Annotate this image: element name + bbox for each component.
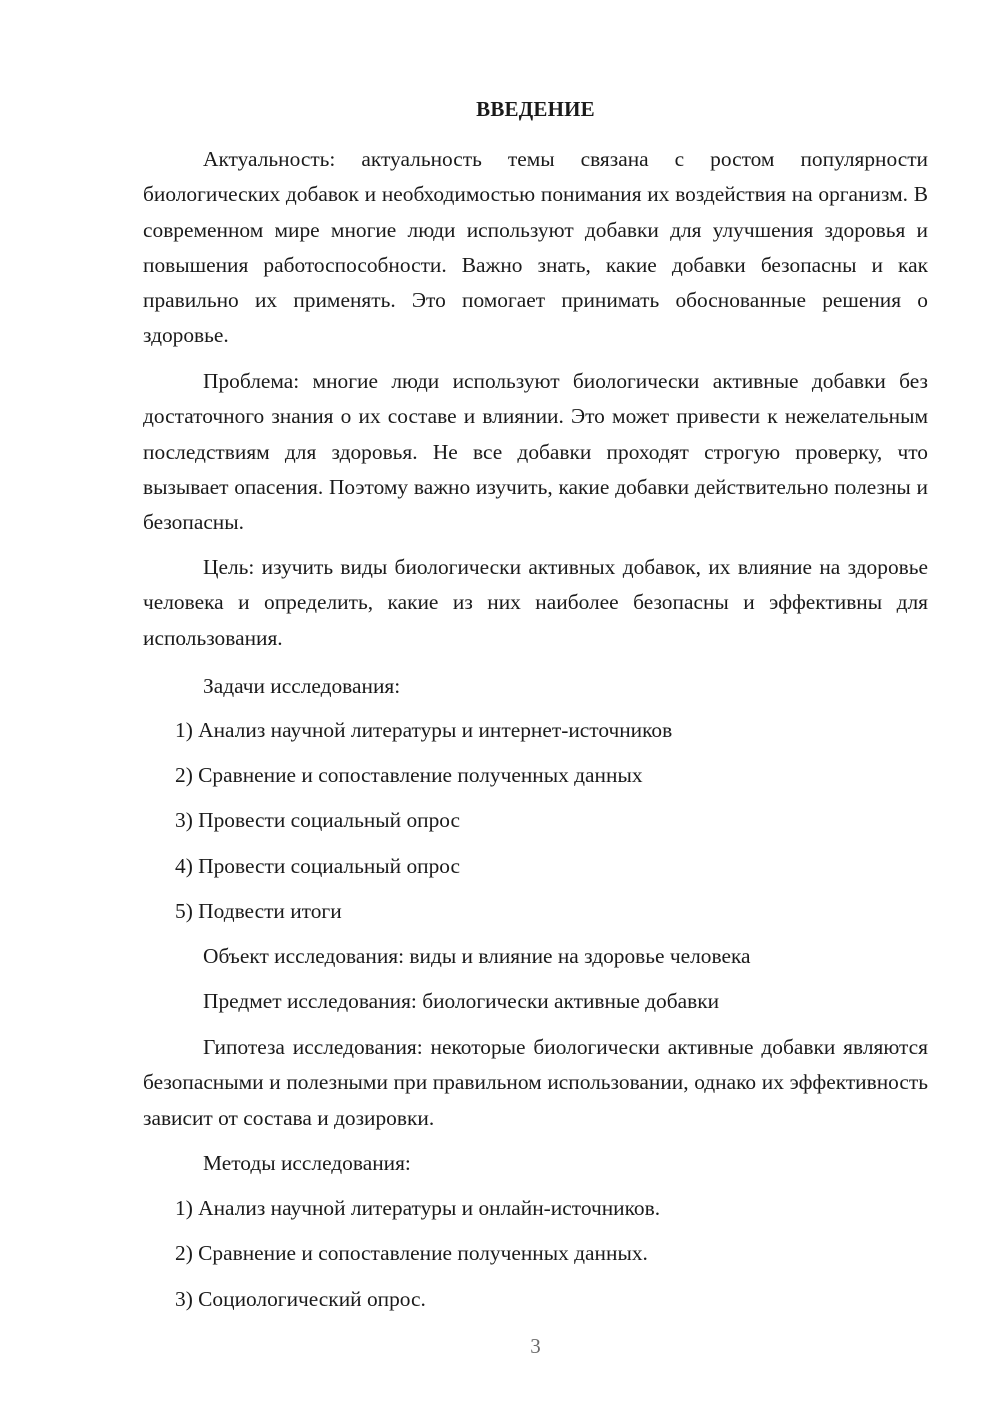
hypothesis-paragraph: Гипотеза исследования: некоторые биологи… xyxy=(143,1030,928,1136)
method-item: 3) Социологический опрос. xyxy=(175,1284,426,1314)
section-heading: ВВЕДЕНИЕ xyxy=(143,97,928,122)
methods-label: Методы исследования: xyxy=(203,1148,411,1178)
task-item: 2) Сравнение и сопоставление полученных … xyxy=(175,760,643,790)
task-item: 4) Провести социальный опрос xyxy=(175,851,460,881)
method-item: 2) Сравнение и сопоставление полученных … xyxy=(175,1238,648,1268)
page-number: 3 xyxy=(143,1334,928,1359)
task-item: 3) Провести социальный опрос xyxy=(175,805,460,835)
object-statement: Объект исследования: виды и влияние на з… xyxy=(203,941,751,971)
task-item: 1) Анализ научной литературы и интернет-… xyxy=(175,715,672,745)
relevance-paragraph: Актуальность: актуальность темы связана … xyxy=(143,142,928,354)
goal-paragraph: Цель: изучить виды биологически активных… xyxy=(143,550,928,656)
subject-statement: Предмет исследования: биологически актив… xyxy=(203,986,719,1016)
method-item: 1) Анализ научной литературы и онлайн-ис… xyxy=(175,1193,660,1223)
tasks-label: Задачи исследования: xyxy=(203,671,400,701)
problem-paragraph: Проблема: многие люди используют биологи… xyxy=(143,364,928,540)
task-item: 5) Подвести итоги xyxy=(175,896,342,926)
